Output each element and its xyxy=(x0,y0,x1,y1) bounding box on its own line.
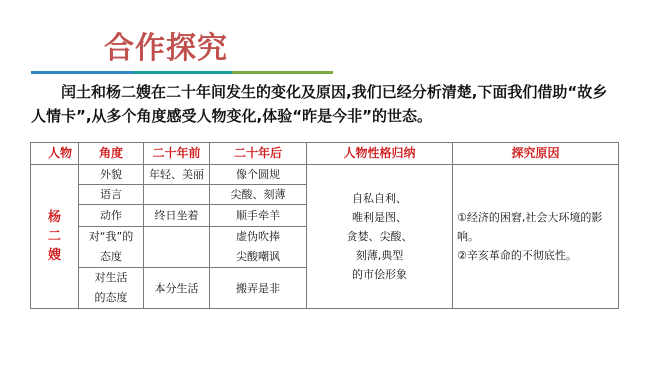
aspect-cell: 对“我”的 态度 xyxy=(79,227,144,268)
after-cell: 像个圆规 xyxy=(210,165,307,185)
before-cell: 年轻、美丽 xyxy=(144,165,210,185)
summary-cell: 自私自利、 唯利是图、 贪婪、尖酸、 刻薄,典型 的市侩形象 xyxy=(307,165,453,309)
aspect-line: 对生活 xyxy=(81,268,141,288)
divider-segment-blue xyxy=(31,71,133,74)
aspect-line: 的态度 xyxy=(81,288,141,308)
intro-paragraph: 闰土和杨二嫂在二十年间发生的变化及原因,我们已经分析清楚,下面我们借助“故乡人情… xyxy=(31,80,621,128)
header-after: 二十年后 xyxy=(210,143,307,165)
table-row: 杨 二 嫂 外貌 年轻、美丽 像个圆规 自私自利、 唯利是图、 贪婪、尖酸、 刻… xyxy=(31,165,619,185)
aspect-cell: 动作 xyxy=(79,205,144,227)
after-cell: 虚伪吹捧 尖酸嘲讽 xyxy=(210,227,307,268)
reason-line: ②辛亥革命的不彻底性。 xyxy=(457,246,614,265)
header-aspect: 角度 xyxy=(79,143,144,165)
aspect-cell: 对生活 的态度 xyxy=(79,268,144,309)
after-cell: 搬弄是非 xyxy=(210,268,307,309)
aspect-line: 对“我”的 xyxy=(81,227,141,247)
summary-line: 刻薄,典型 xyxy=(309,246,450,265)
after-cell: 顺手牵羊 xyxy=(210,205,307,227)
person-name-cell: 杨 二 嫂 xyxy=(31,165,79,309)
after-cell: 尖酸、刻薄 xyxy=(210,185,307,205)
before-cell: 本分生活 xyxy=(144,268,210,309)
header-person: 人物 xyxy=(31,143,79,165)
after-line: 虚伪吹捧 xyxy=(212,227,304,247)
header-before: 二十年前 xyxy=(144,143,210,165)
person-char: 杨 xyxy=(33,208,76,227)
table-header-row: 人物 角度 二十年前 二十年后 人物性格归纳 探究原因 xyxy=(31,143,619,165)
page-title: 合作探究 xyxy=(104,31,228,67)
character-analysis-table: 人物 角度 二十年前 二十年后 人物性格归纳 探究原因 杨 二 嫂 外貌 年轻、… xyxy=(30,142,619,309)
summary-line: 的市侩形象 xyxy=(309,265,450,284)
header-summary: 人物性格归纳 xyxy=(307,143,453,165)
person-char: 嫂 xyxy=(33,246,76,265)
title-underline-divider xyxy=(31,71,333,74)
aspect-cell: 语言 xyxy=(79,185,144,205)
person-char: 二 xyxy=(33,227,76,246)
summary-line: 唯利是图、 xyxy=(309,208,450,227)
aspect-cell: 外貌 xyxy=(79,165,144,185)
summary-line: 贪婪、尖酸、 xyxy=(309,227,450,246)
reason-cell: ①经济的困窘,社会大环境的影 响。 ②辛亥革命的不彻底性。 xyxy=(453,165,619,309)
after-line: 尖酸嘲讽 xyxy=(212,247,304,267)
before-cell: 终日坐着 xyxy=(144,205,210,227)
divider-segment-teal xyxy=(133,71,232,74)
aspect-line: 态度 xyxy=(81,247,141,267)
summary-line: 自私自利、 xyxy=(309,189,450,208)
reason-line: 响。 xyxy=(457,227,614,246)
header-reason: 探究原因 xyxy=(453,143,619,165)
reason-line: ①经济的困窘,社会大环境的影 xyxy=(457,208,614,227)
divider-segment-green xyxy=(232,71,333,74)
before-cell xyxy=(144,185,210,205)
before-cell xyxy=(144,227,210,268)
